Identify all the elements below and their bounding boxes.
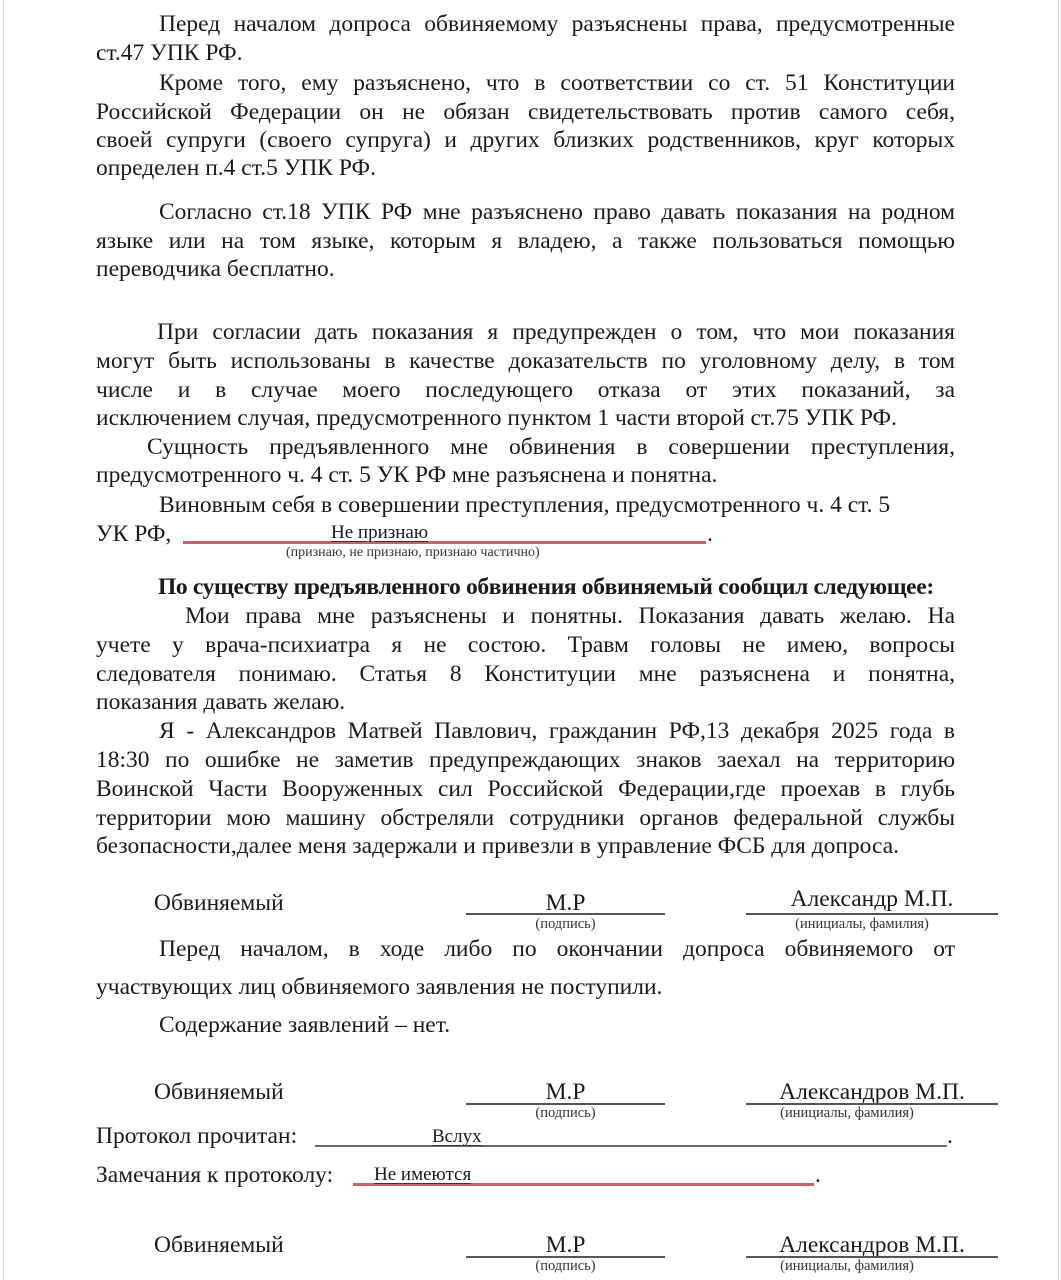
protocol-read-suffix: . bbox=[947, 1122, 953, 1150]
statement-facts-line-3: Воинской Части Вооруженных сил Российско… bbox=[96, 775, 955, 804]
page-border-left bbox=[3, 0, 4, 1280]
guilt-plea-field[interactable]: Не признаю bbox=[331, 522, 428, 544]
language-rights-line-3: переводчика бесплатно. bbox=[96, 255, 335, 283]
charge-essence-line-2: предусмотренного ч. 4 ст. 5 УК РФ мне ра… bbox=[96, 461, 717, 489]
protocol-read-field[interactable]: Вслух bbox=[432, 1126, 482, 1148]
statements-content: Содержание заявлений – нет. bbox=[159, 1011, 450, 1039]
statement-facts-line-2: 18:30 по ошибке не заметив предупреждающ… bbox=[96, 746, 955, 775]
no-statements-line-1: Перед началом, в ходе либо по окончании … bbox=[159, 935, 955, 964]
signature-3-name-field[interactable]: Александров М.П. bbox=[746, 1231, 998, 1259]
rights-explained-line-1: Перед началом допроса обвиняемому разъяс… bbox=[159, 10, 955, 39]
constitution-51-line-4: определен п.4 ст.5 УПК РФ. bbox=[96, 154, 376, 182]
signature-2-sign-field[interactable]: М.Р bbox=[466, 1078, 665, 1106]
constitution-51-line-3: своей супруги (своего супруга) и других … bbox=[96, 126, 955, 155]
signature-3-sign-hint: (подпись) bbox=[466, 1258, 665, 1274]
signature-1-name-rule bbox=[746, 913, 998, 915]
guilt-prefix: УК РФ, bbox=[96, 520, 171, 548]
remarks-field[interactable]: Не имеются bbox=[374, 1164, 471, 1186]
no-statements-line-2: участвующих лиц обвиняемого заявления не… bbox=[96, 973, 662, 1001]
statement-rights-line-1: Мои права мне разъяснены и понятны. Пока… bbox=[185, 602, 955, 631]
testimony-warning-line-1: При согласии дать показания я предупрежд… bbox=[157, 318, 955, 347]
statement-rights-line-3: следователя понимаю. Статья 8 Конституци… bbox=[96, 660, 955, 689]
testimony-warning-line-4: исключением случая, предусмотренного пун… bbox=[96, 404, 897, 432]
statement-facts-line-5: безопасности,далее меня задержали и прив… bbox=[96, 832, 899, 860]
page-border-right bbox=[1058, 0, 1059, 1280]
statement-facts-line-4: территории мою машину обстреляли сотрудн… bbox=[96, 804, 955, 833]
guilt-suffix: . bbox=[707, 520, 713, 548]
charge-essence-line-1: Сущность предъявленного мне обвинения в … bbox=[147, 433, 955, 462]
protocol-read-label: Протокол прочитан: bbox=[96, 1122, 297, 1150]
signature-2-label: Обвиняемый bbox=[154, 1078, 284, 1106]
remarks-suffix: . bbox=[815, 1161, 821, 1189]
signature-1-label: Обвиняемый bbox=[154, 889, 284, 917]
signature-2-name-hint: (инициалы, фамилия) bbox=[746, 1105, 948, 1121]
signature-1-sign-rule bbox=[466, 913, 665, 915]
signature-2-name-field[interactable]: Александров М.П. bbox=[746, 1078, 998, 1106]
testimony-heading: По существу предъявленного обвинения обв… bbox=[158, 573, 934, 601]
testimony-warning-line-2: могут быть использованы в качестве доказ… bbox=[96, 347, 955, 376]
signature-3-sign-field[interactable]: М.Р bbox=[466, 1231, 665, 1259]
guilt-line-1: Виновным себя в совершении преступления,… bbox=[159, 491, 890, 519]
signature-1-name-field[interactable]: Александр М.П. bbox=[746, 885, 998, 913]
signature-1-sign-hint: (подпись) bbox=[466, 916, 665, 932]
constitution-51-line-1: Кроме того, ему разъяснено, что в соотве… bbox=[159, 69, 955, 98]
signature-1-name-hint: (инициалы, фамилия) bbox=[746, 916, 978, 932]
testimony-warning-line-3: числе и в случае моего последующего отка… bbox=[96, 376, 955, 405]
statement-facts-line-1: Я - Александров Матвей Павлович, граждан… bbox=[159, 717, 955, 746]
language-rights-line-2: языке или на том языке, которым я владею… bbox=[96, 227, 955, 256]
rights-explained-line-2: ст.47 УПК РФ. bbox=[96, 39, 242, 67]
guilt-fill-underline bbox=[183, 541, 706, 544]
signature-3-name-hint: (инициалы, фамилия) bbox=[746, 1258, 948, 1274]
statement-rights-line-2: учете у врача-психиатра я не состою. Тра… bbox=[96, 631, 955, 660]
constitution-51-line-2: Российской Федерации он не обязан свидет… bbox=[96, 98, 955, 127]
guilt-plea-hint: (признаю, не признаю, признаю частично) bbox=[286, 545, 540, 561]
signature-2-sign-hint: (подпись) bbox=[466, 1105, 665, 1121]
signature-3-label: Обвиняемый bbox=[154, 1231, 284, 1259]
protocol-read-underline bbox=[315, 1145, 947, 1147]
language-rights-line-1: Согласно ст.18 УПК РФ мне разъяснено пра… bbox=[159, 198, 955, 227]
statement-rights-line-4: показания давать желаю. bbox=[96, 688, 345, 716]
remarks-label: Замечания к протоколу: bbox=[96, 1161, 333, 1189]
